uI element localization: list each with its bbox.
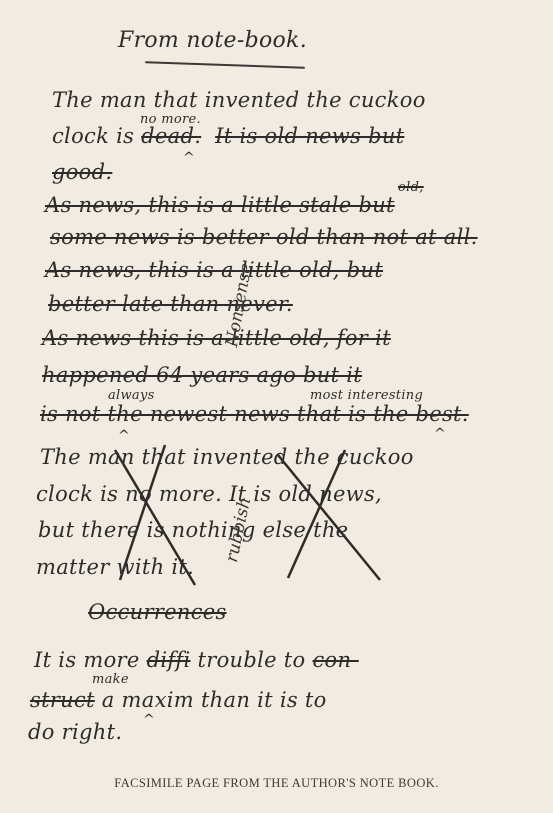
cross-out-mark-left xyxy=(100,440,210,590)
p4-line1-a: It is more xyxy=(34,648,140,672)
caret-mark: ^ xyxy=(143,712,155,728)
p1-line2: clock is dead. It is old news but xyxy=(52,124,404,148)
heading-underline xyxy=(145,61,305,69)
p2-line7: is not the newest news that is the best. xyxy=(40,402,469,426)
p1-line1: The man that invented the cuckoo xyxy=(52,88,426,112)
p4-line2-struck: struct xyxy=(30,688,95,712)
p1-line2-a: clock is xyxy=(52,124,134,148)
caption: FACSIMILE PAGE FROM THE AUTHOR'S NOTE BO… xyxy=(0,776,553,791)
p2-insert-old: old, xyxy=(398,180,424,195)
p1-line2-struck: dead. xyxy=(141,124,201,148)
p1-line2-b-struck: It is old news but xyxy=(215,124,404,148)
p4-insert-make: make xyxy=(92,672,129,687)
facsimile-page: From note-book. The man that invented th… xyxy=(0,0,553,813)
p2-insert-always: always xyxy=(108,388,155,403)
p1-line3: good. xyxy=(52,160,112,184)
p2-line1: As news, this is a little stale but xyxy=(45,193,395,217)
p2-line3: As news, this is a little old, but xyxy=(45,258,383,282)
p4-line1-b: trouble to xyxy=(198,648,306,672)
p2-insert-most: most interesting xyxy=(310,388,423,403)
p4-line2: struct a maxim than it is to xyxy=(30,688,327,712)
heading: From note-book. xyxy=(118,28,307,53)
caret-mark: ^ xyxy=(434,426,446,442)
p4-line1-struck2: con- xyxy=(312,648,358,672)
p4-line1-struck: diffi xyxy=(147,648,191,672)
p2-line6: happened 64 years ago but it xyxy=(42,363,362,387)
p2-line2: some news is better old than not at all. xyxy=(50,225,478,249)
p4-line2-b: a maxim than it is to xyxy=(102,688,327,712)
struck-word: Occurrences xyxy=(88,600,227,624)
p2-line5: As news this is a little old, for it xyxy=(42,326,391,350)
caret-mark: ^ xyxy=(183,150,195,166)
cross-out-mark-right xyxy=(270,440,400,590)
p4-line1: It is more diffi trouble to con- xyxy=(34,648,359,672)
p4-line3: do right. xyxy=(28,720,122,744)
p2-line4: better late than never. xyxy=(48,292,293,316)
